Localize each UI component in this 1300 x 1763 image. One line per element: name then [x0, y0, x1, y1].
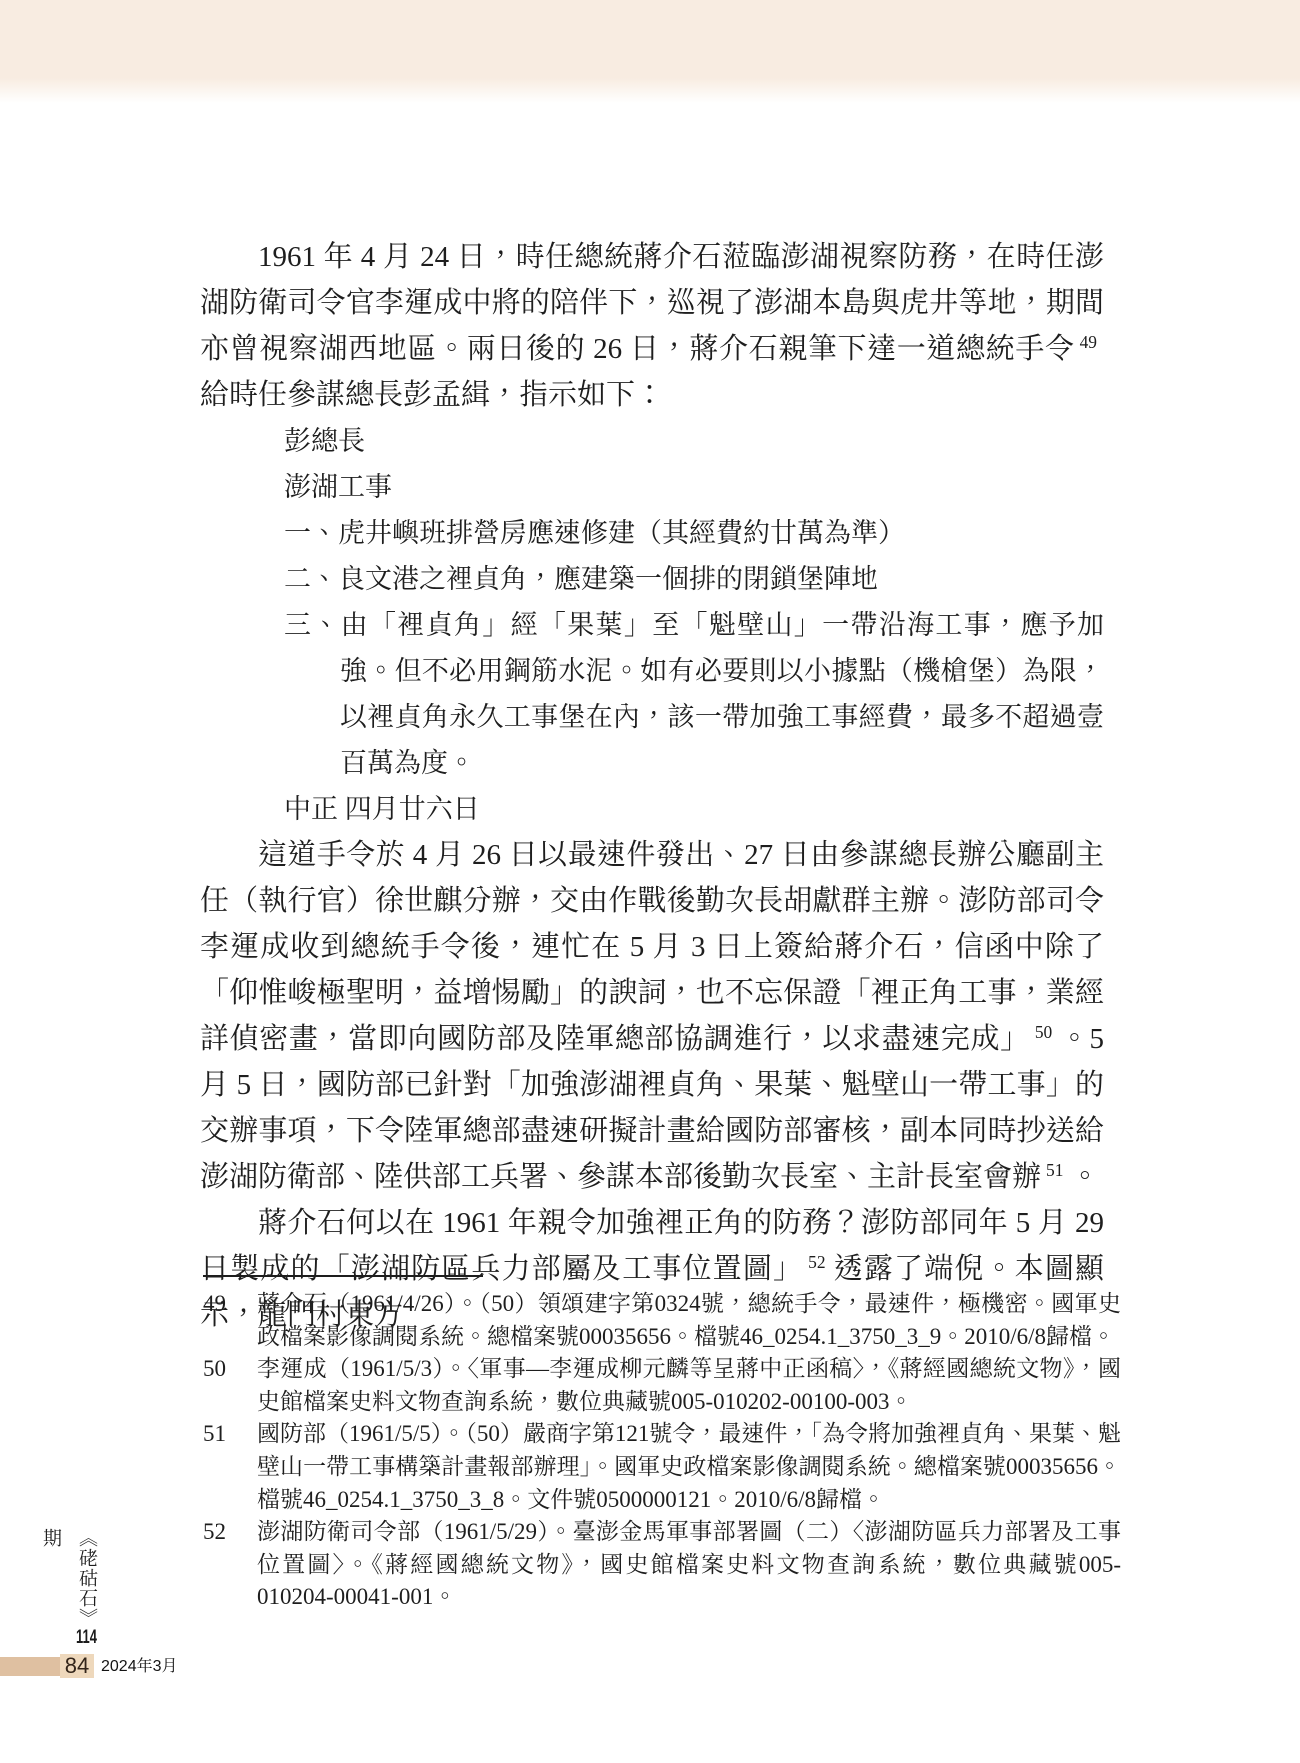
directive-item-label: 一、 [284, 518, 338, 548]
directive-signature: 中正 四月廿六日 [284, 786, 1104, 832]
directive-item-label: 二、 [284, 564, 338, 594]
paragraph-followup: 這道手令於 4 月 26 日以最速件發出、27 日由參謀總長辦公廳副主任（執行官… [200, 832, 1104, 1200]
footnote-text: 李運成（1961/5/3）。〈軍事—李運成柳元麟等呈蔣中正函稿〉，《蔣經國總統文… [257, 1353, 1121, 1418]
page-number: 84 [60, 1654, 94, 1678]
paragraph-text: 1961 年 4 月 24 日，時任總統蔣介石蒞臨澎湖視察防務，在時任澎湖防衛司… [200, 241, 1104, 365]
directive-item-text: 虎井嶼班排營房應速修建（其經費約廿萬為準） [338, 518, 905, 548]
footnote-ref-51: 51 [1046, 1160, 1063, 1180]
directive-item-label: 三、 [284, 610, 341, 640]
directive-item-2: 二、良文港之裡貞角，應建築一個排的閉鎖堡陣地 [284, 556, 1104, 602]
directive-salutation: 彭總長 [284, 418, 1104, 464]
quoted-phrase: 加強澎湖裡貞角、果葉、魁壁山一帶工事 [521, 1069, 1046, 1101]
journal-title: 《硓𥑮石》 [76, 1528, 97, 1628]
footnote-number: 51 [203, 1418, 257, 1451]
paragraph-text: 給時任參謀總長彭孟緝，指示如下： [200, 379, 664, 411]
footnote-number: 50 [203, 1353, 257, 1386]
footnote-row: 52 澎湖防衛司令部（1961/5/29）。臺澎金馬軍事部署圖（二）〈澎湖防區兵… [203, 1516, 1121, 1614]
footnote-separator [203, 1275, 483, 1277]
issue-unit: 期 [40, 1528, 61, 1548]
paragraph-text: 」的諛詞，也不忘保證「 [550, 977, 871, 1009]
paragraph-intro: 1961 年 4 月 24 日，時任總統蔣介石蒞臨澎湖視察防務，在時任澎湖防衛司… [200, 234, 1104, 418]
presidential-directive-quote: 彭總長 澎湖工事 一、虎井嶼班排營房應速修建（其經費約廿萬為準） 二、良文港之裡… [284, 418, 1104, 832]
quoted-phrase: 仰惟峻極聖明，益增惕勵 [229, 977, 550, 1009]
journal-page: 1961 年 4 月 24 日，時任總統蔣介石蒞臨澎湖視察防務，在時任澎湖防衛司… [0, 0, 1300, 1763]
directive-item-text: 由「裡貞角」經「果葉」至「魁壁山」一帶沿海工事，應予加強。但不必用鋼筋水泥。如有… [340, 610, 1104, 778]
footnote-text: 澎湖防衛司令部（1961/5/29）。臺澎金馬軍事部署圖（二）〈澎湖防區兵力部署… [257, 1516, 1121, 1614]
paragraph-text: 」 [1000, 1023, 1030, 1055]
issue-number: 114 [76, 1628, 97, 1647]
footnote-row: 50 李運成（1961/5/3）。〈軍事—李運成柳元麟等呈蔣中正函稿〉，《蔣經國… [203, 1353, 1121, 1418]
directive-subject: 澎湖工事 [284, 464, 1104, 510]
footnote-number: 52 [203, 1516, 257, 1549]
footnote-row: 51 國防部（1961/5/5）。（50）嚴商字第121號令，最速件，「為令將加… [203, 1418, 1121, 1516]
footnote-number: 49 [203, 1288, 257, 1321]
paragraph-text: 。 [1070, 1161, 1099, 1193]
journal-spine-title: 《硓𥑮石》114期 [68, 1528, 104, 1660]
directive-item-text: 良文港之裡貞角，應建築一個排的閉鎖堡陣地 [338, 564, 878, 594]
footnote-text: 國防部（1961/5/5）。（50）嚴商字第121號令，最速件，「為令將加強裡貞… [257, 1418, 1121, 1516]
directive-item-3: 三、由「裡貞角」經「果葉」至「魁壁山」一帶沿海工事，應予加強。但不必用鋼筋水泥。… [284, 602, 1104, 786]
footnote-text-part: 國防部（1961/5/5）。（50）嚴商字第121號令，最速件，「 [257, 1421, 822, 1446]
footnote-text: 蔣介石（1961/4/26）。（50）領頌建字第0324號，總統手令，最速件，極… [257, 1288, 1121, 1353]
footnote-ref-50: 50 [1035, 1022, 1052, 1042]
issue-date: 2024年3月 [101, 1655, 178, 1678]
footnote-row: 49 蔣介石（1961/4/26）。（50）領頌建字第0324號，總統手令，最速… [203, 1288, 1121, 1353]
top-cream-band [0, 0, 1300, 104]
footnote-ref-49: 49 [1080, 332, 1097, 352]
directive-item-1: 一、虎井嶼班排營房應速修建（其經費約廿萬為準） [284, 510, 1104, 556]
article-body: 1961 年 4 月 24 日，時任總統蔣介石蒞臨澎湖視察防務，在時任澎湖防衛司… [200, 234, 1104, 1338]
footnote-ref-52: 52 [808, 1252, 825, 1272]
footnote-list: 49 蔣介石（1961/4/26）。（50）領頌建字第0324號，總統手令，最速… [203, 1288, 1121, 1614]
